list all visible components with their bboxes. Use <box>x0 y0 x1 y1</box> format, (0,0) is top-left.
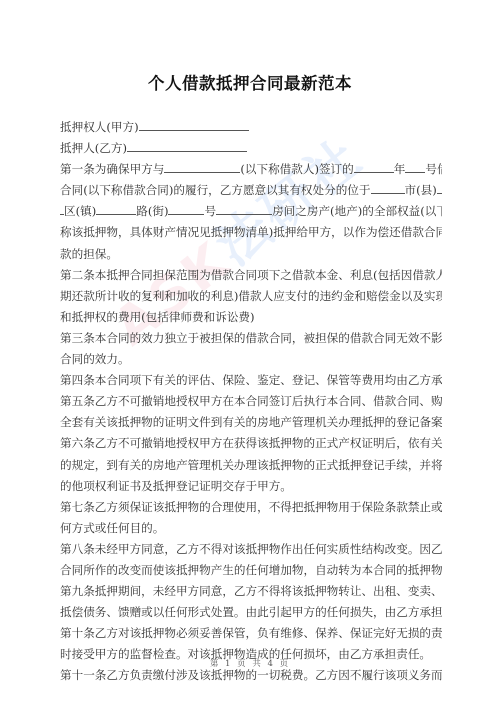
room-blank[interactable] <box>216 202 272 215</box>
mortgagor-blank[interactable] <box>127 139 247 152</box>
article-1-line-5: 款的担保。 <box>60 244 442 265</box>
text: 房间之房产(地产)的全部权益(以下 <box>272 204 442 218</box>
article-2-line-2: 期还款所计收的复利和加收的利息)借款人应支付的违约金和赔偿金以及实现贷款债权 <box>60 286 442 307</box>
city-blank[interactable] <box>371 181 405 194</box>
article-6-line-3: 的他项权利证书及抵押登记证明交存于甲方。 <box>60 476 442 497</box>
text: 号借款 <box>425 162 442 176</box>
article-8-line-2: 合同所作的改变而使该抵押物产生的任何增加物，自动转为本合同的抵押物。 <box>60 560 442 581</box>
text: 路(街) <box>136 204 168 218</box>
article-1-line-1: 第一条为确保甲方与(以下称借款人)签订的年号借款 <box>60 159 442 180</box>
article-2-line-1: 第二条本抵押合同担保范围为借款合同项下之借款本金、利息(包括因借款人违约或逾 <box>60 265 442 286</box>
borrower-blank[interactable] <box>164 160 240 173</box>
document-page: ASK法研社 个人借款抵押合同最新范本 抵押权人(甲方) 抵押人(乙方) 第一条… <box>0 0 500 706</box>
article-4-line-1: 第四条本合同项下有关的评估、保险、鉴定、登记、保管等费用均由乙方承担。 <box>60 370 442 391</box>
article-10-line-1: 第十条乙方对该抵押物必须妥善保管，负有维修、保养、保证完好无损的责任，并随 <box>60 623 442 644</box>
article-6-line-2: 的规定，到有关的房地产管理机关办理该抵押物的正式抵押登记手续，并将该抵押物 <box>60 455 442 476</box>
article-8-line-1: 第八条未经甲方同意，乙方不得对该抵押物作出任何实质性结构改变。因乙方违反本 <box>60 539 442 560</box>
article-9-line-2: 抵偿债务、馈赠或以任何形式处置。由此引起甲方的任何损失，由乙方承担责任。 <box>60 602 442 623</box>
text: (以下称借款人)签订的 <box>240 162 353 176</box>
document-body: 抵押权人(甲方) 抵押人(乙方) 第一条为确保甲方与(以下称借款人)签订的年号借… <box>60 117 442 687</box>
article-2-line-3: 和抵押权的费用(包括律师费和诉讼费) <box>60 307 442 328</box>
article-3-line-1: 第三条本合同的效力独立于被担保的借款合同，被担保的借款合同无效不影响本抵押 <box>60 328 442 349</box>
text: 区(镇) <box>64 204 96 218</box>
text: 年 <box>394 162 406 176</box>
mortgagor-label: 抵押人(乙方) <box>60 141 127 155</box>
text: 号 <box>204 204 216 218</box>
mortgagee-blank[interactable] <box>139 118 249 131</box>
text: 合同(以下称借款合同)的履行，乙方愿意以其有权处分的位于 <box>60 183 371 197</box>
article-5-line-1: 第五条乙方不可撤销地授权甲方在本合同签订后执行本合同、借款合同、购房合同及 <box>60 391 442 412</box>
document-title: 个人借款抵押合同最新范本 <box>0 70 500 94</box>
article-5-line-2: 全套有关该抵押物的证明文件到有关的房地产管理机关办理抵押的登记备案手续。 <box>60 412 442 433</box>
article-9-line-1: 第九条抵押期间，未经甲方同意，乙方不得将该抵押物转让、出租、变卖、再抵押、 <box>60 581 442 602</box>
article-7-line-1: 第七条乙方须保证该抵押物的合理使用，不得把抵押物用于保险条款禁止或排除的任 <box>60 497 442 518</box>
number-blank[interactable] <box>405 160 425 173</box>
text: 市(县) <box>405 183 437 197</box>
mortgagee-label: 抵押权人(甲方) <box>60 120 139 134</box>
article-7-line-2: 何方式或任何目的。 <box>60 518 442 539</box>
road-blank[interactable] <box>168 202 204 215</box>
district-blank[interactable] <box>96 202 136 215</box>
year-blank[interactable] <box>354 160 394 173</box>
article-1-line-3: 区(镇)路(街)号房间之房产(地产)的全部权益(以下 <box>60 201 442 222</box>
article-6-line-1: 第六条乙方不可撤销地授权甲方在获得该抵押物的正式产权证明后，依有关法律法规 <box>60 433 442 454</box>
page-number: 第 1 页 共 4 页 <box>0 657 500 669</box>
mortgagor-line: 抵押人(乙方) <box>60 138 442 159</box>
article-1-line-2: 合同(以下称借款合同)的履行，乙方愿意以其有权处分的位于市(县) <box>60 180 442 201</box>
county-blank[interactable] <box>437 181 442 194</box>
article-3-line-2: 合同的效力。 <box>60 349 442 370</box>
text: 第一条为确保甲方与 <box>60 162 164 176</box>
mortgagee-line: 抵押权人(甲方) <box>60 117 442 138</box>
article-1-line-4: 称该抵押物，具体财产情况见抵押物清单)抵押给甲方，以作为偿还借款合同项下之借 <box>60 222 442 243</box>
